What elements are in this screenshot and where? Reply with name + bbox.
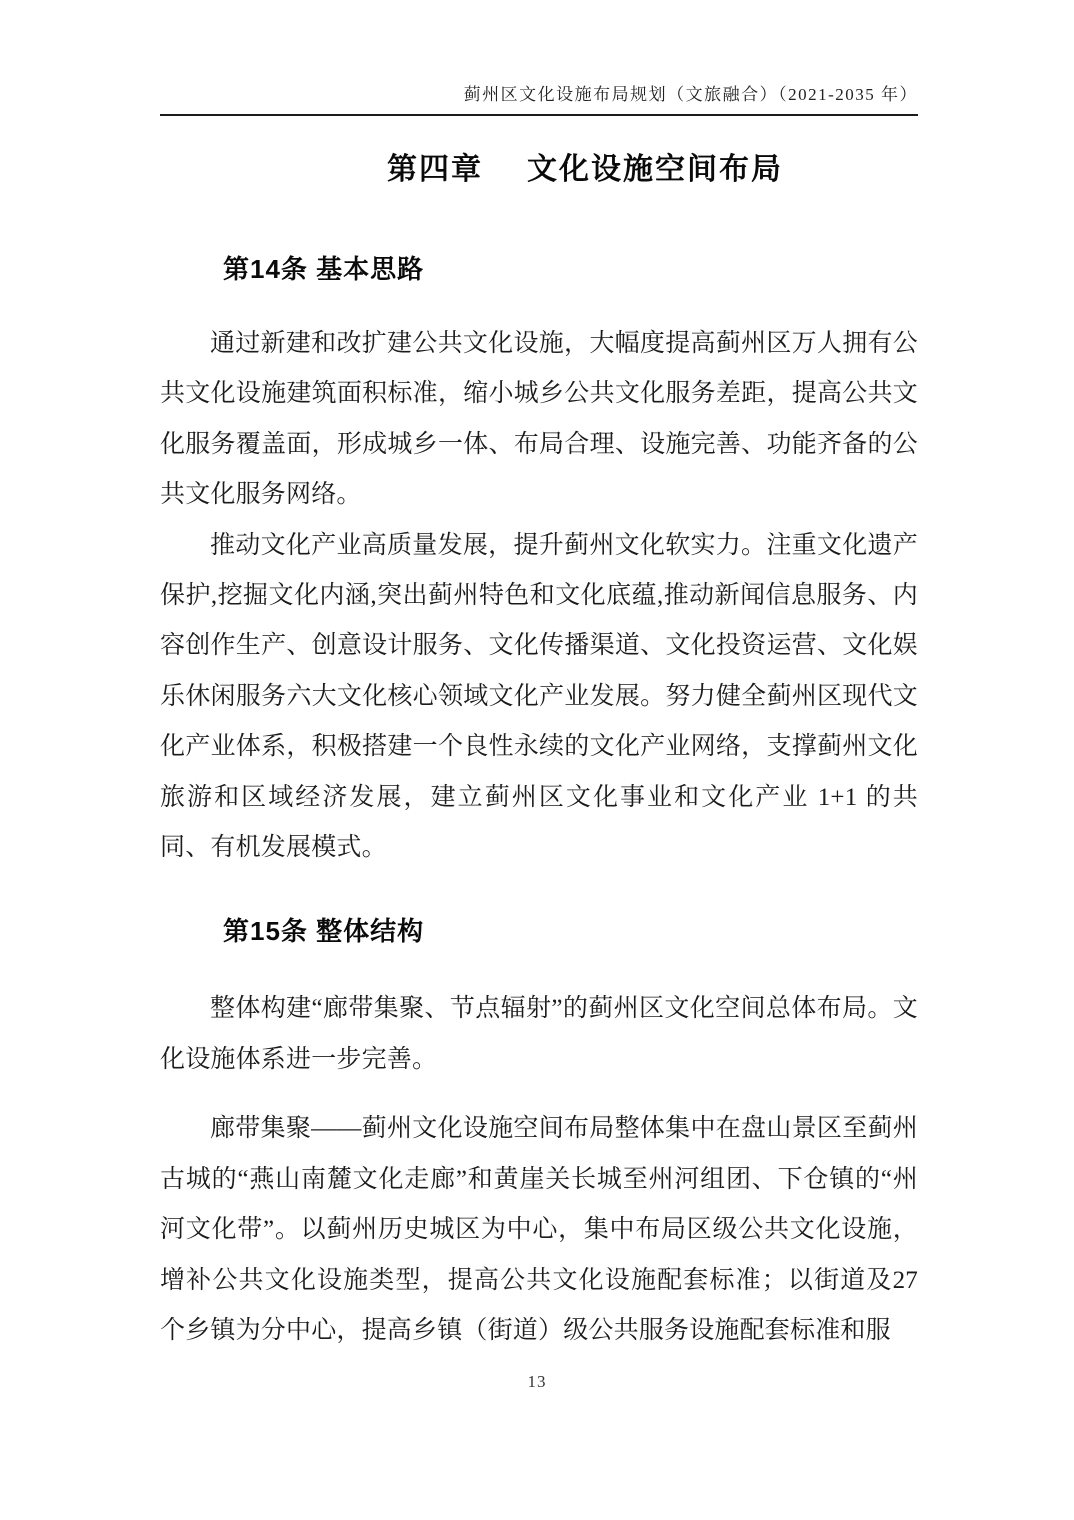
section-heading-article-14: 第14条 基本思路	[223, 252, 918, 286]
page-content: 蓟州区文化设施布局规划（文旅融合）（2021-2035 年） 第四章文化设施空间…	[160, 0, 918, 1356]
running-header: 蓟州区文化设施布局规划（文旅融合）（2021-2035 年）	[160, 0, 918, 116]
section-heading-article-15: 第15条 整体结构	[223, 914, 918, 948]
document-page: 蓟州区文化设施布局规划（文旅融合）（2021-2035 年） 第四章文化设施空间…	[0, 0, 1074, 1520]
paragraph: 廊带集聚——蓟州文化设施空间布局整体集中在盘山景区至蓟州古城的“燕山南麓文化走廊…	[160, 1104, 918, 1356]
chapter-number: 第四章	[387, 153, 483, 186]
page-number: 13	[0, 1372, 1074, 1392]
chapter-title-text: 文化设施空间布局	[527, 153, 783, 186]
paragraph: 整体构建“廊带集聚、节点辐射”的蓟州区文化空间总体布局。文化设施体系进一步完善。	[160, 984, 918, 1085]
paragraph: 通过新建和改扩建公共文化设施，大幅度提高蓟州区万人拥有公共文化设施建筑面积标准，…	[160, 319, 918, 521]
paragraph: 推动文化产业高质量发展，提升蓟州文化软实力。注重文化遗产保护,挖掘文化内涵,突出…	[160, 521, 918, 874]
chapter-title: 第四章文化设施空间布局	[160, 150, 918, 190]
